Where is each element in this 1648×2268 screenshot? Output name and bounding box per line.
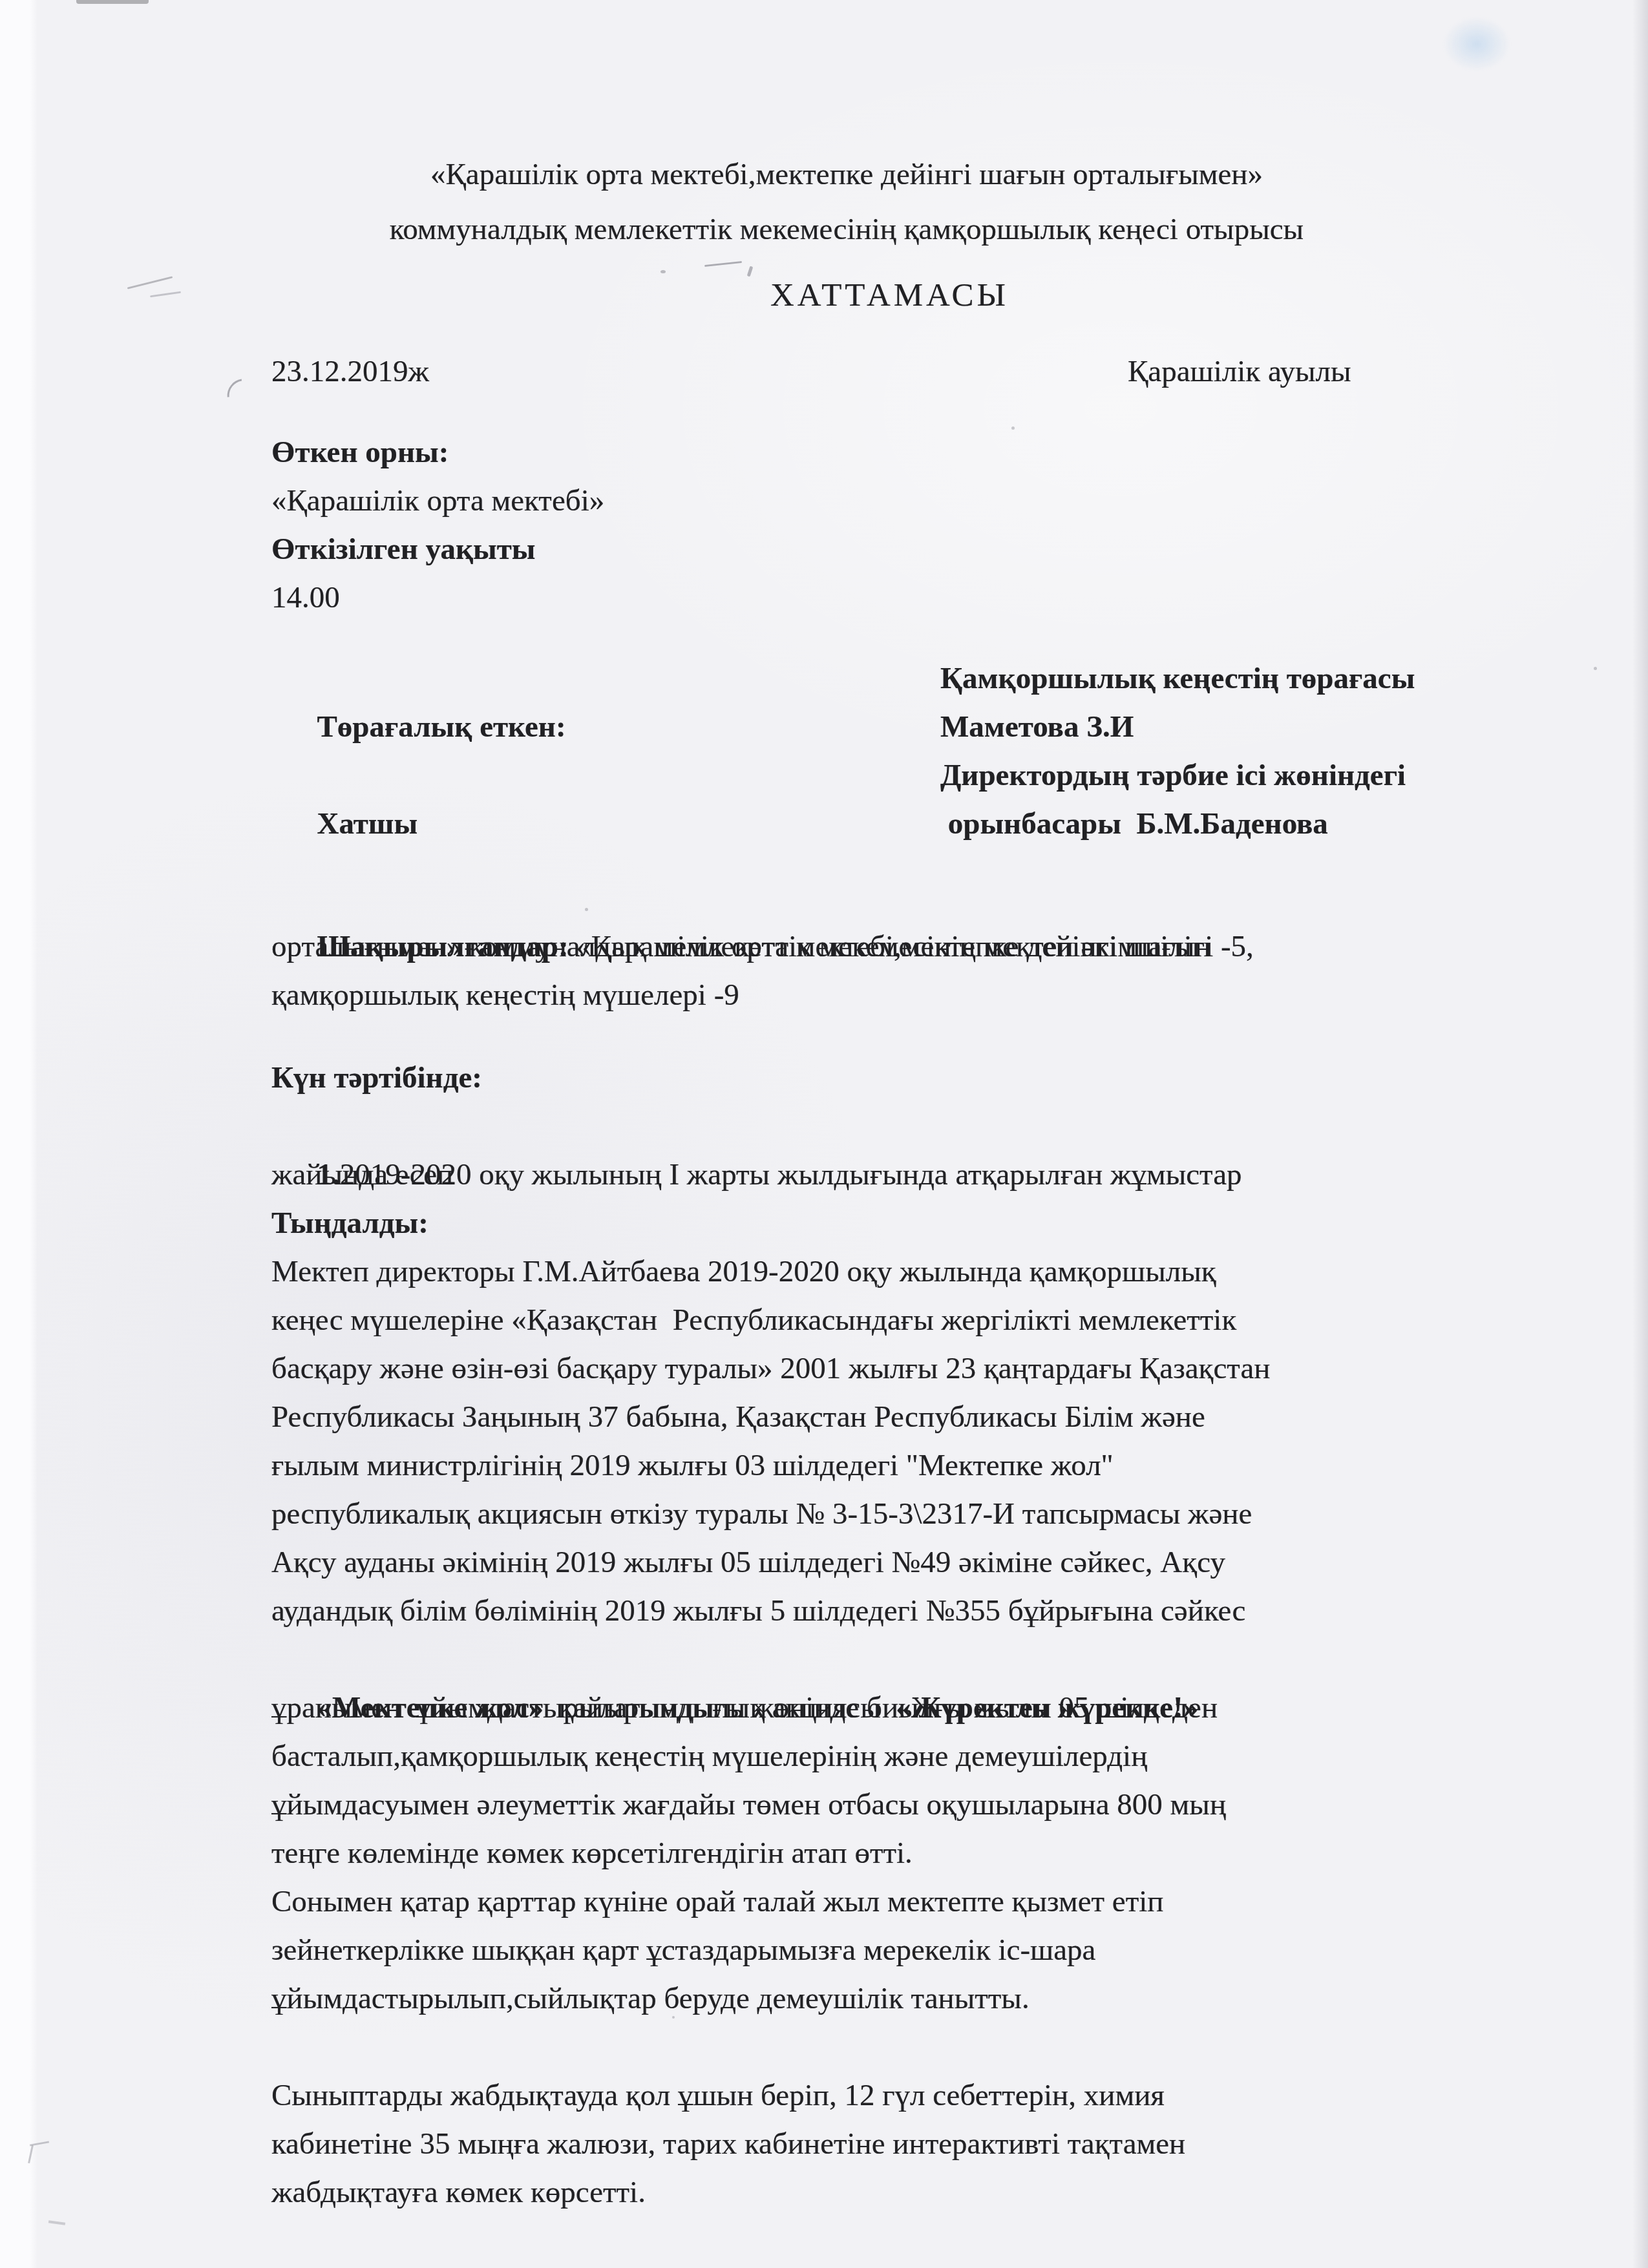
invited-first-line: Шақырылғандар: «Қарашілік орта мектебі,м… bbox=[271, 874, 1254, 923]
invited-section: Шақырылғандар: «Қарашілік орта мектебі,м… bbox=[271, 874, 1254, 1020]
text-line: орталығымен» коммуналдық мемлекеттік мек… bbox=[271, 923, 1254, 971]
scan-speck bbox=[1011, 426, 1015, 430]
venue-value: «Қарашілік орта мектебі» bbox=[271, 477, 604, 525]
agenda-item-text: 2019-2020 оқу жылының І жарты жылдығында… bbox=[340, 1158, 1242, 1192]
pencil-smudge bbox=[660, 270, 666, 273]
agenda-item-line1: 1.2019-2020 оқу жылының І жарты жылдығын… bbox=[271, 1102, 1242, 1151]
text-line: қамқоршылық кеңестің мүшелері -9 bbox=[271, 971, 1254, 1020]
text-line: кеңес мүшелеріне «Қазақстан Республикасы… bbox=[271, 1296, 1270, 1345]
scan-right-edge-shadow bbox=[1632, 0, 1648, 2268]
pencil-smudge bbox=[48, 2220, 65, 2225]
agenda-label: Күн тәртібінде: bbox=[271, 1054, 1242, 1102]
text-line: ұйымдасуымен әлеуметтік жағдайы төмен от… bbox=[271, 1781, 1270, 1829]
document-date: 23.12.2019ж bbox=[271, 348, 429, 396]
text-line: Ақсу ауданы әкімінің 2019 жылғы 05 шілде… bbox=[271, 1538, 1270, 1587]
text-line: Сыныптарды жабдықтауда қол ұшын беріп, 1… bbox=[271, 2072, 1185, 2120]
closing-paragraph: Сыныптарды жабдықтауда қол ұшын беріп, 1… bbox=[271, 2072, 1185, 2217]
report-paragraph-1: Мектеп директоры Г.М.Айтбаева 2019-2020 … bbox=[271, 1248, 1270, 1635]
scan-left-edge bbox=[0, 0, 37, 2268]
text-line: ұйымдастырылып,сыйлықтар беруде демеушіл… bbox=[271, 1975, 1270, 2023]
pencil-smudge bbox=[221, 373, 266, 417]
text-line: жабдықтауға көмек көрсетті. bbox=[271, 2168, 1185, 2217]
chair-row: Төрағалық еткен: Қамқоршылық кеңестің тө… bbox=[271, 655, 1435, 703]
text-line: Мектеп директоры Г.М.Айтбаева 2019-2020 … bbox=[271, 1248, 1270, 1296]
chair-name: Маметова З.И bbox=[940, 703, 1134, 751]
document-title: ХАТТАМАСЫ bbox=[770, 271, 1009, 320]
secretary-role-line2: орынбасары Б.М.Баденова bbox=[940, 800, 1328, 848]
officials-section: Төрағалық еткен: Қамқоршылық кеңестің тө… bbox=[271, 655, 1435, 848]
report-paragraph-2: ұранымен ұйымдастырылатындығы жөнінде би… bbox=[271, 1684, 1270, 2023]
meeting-details: Өткен орны: «Қарашілік орта мектебі» Өтк… bbox=[271, 428, 604, 622]
report-body: Мектеп директоры Г.М.Айтбаева 2019-2020 … bbox=[271, 1248, 1270, 2023]
text-line: зейнеткерлікке шыққан қарт ұстаздарымызғ… bbox=[271, 1926, 1270, 1975]
pencil-smudge bbox=[747, 266, 754, 277]
text-line: Сонымен қатар қарттар күніне орай талай … bbox=[271, 1878, 1270, 1926]
secretary-role-line1: Директордың тәрбие ісі жөніндегі bbox=[940, 751, 1406, 800]
pencil-smudge bbox=[704, 261, 742, 267]
secretary-row: Хатшы Директордың тәрбие ісі жөніндегі bbox=[271, 751, 1435, 800]
chair-name-row: Маметова З.И bbox=[271, 703, 1435, 751]
text-line: ғылым министрлігінің 2019 жылғы 03 шілде… bbox=[271, 1442, 1270, 1490]
pencil-smudge bbox=[150, 291, 181, 298]
document-header: «Қарашілік орта мектебі,мектепке дейінгі… bbox=[278, 147, 1415, 257]
scan-speck bbox=[1594, 667, 1597, 670]
agenda-section: Күн тәртібінде: 1.2019-2020 оқу жылының … bbox=[271, 1054, 1242, 1248]
secretary-role-row2: орынбасары Б.М.Баденова bbox=[271, 800, 1435, 848]
chair-role: Қамқоршылық кеңестің төрағасы bbox=[940, 655, 1415, 703]
text-line: республикалық акциясын өткізу туралы № 3… bbox=[271, 1490, 1270, 1538]
pencil-smudge bbox=[127, 276, 173, 289]
blue-ink-smudge bbox=[1443, 17, 1510, 71]
text-line: аудандық білім бөлімінің 2019 жылғы 5 ші… bbox=[271, 1587, 1270, 1635]
text-line: теңге көлемінде көмек көрсетілгендігін а… bbox=[271, 1829, 1270, 1878]
highlight-line: «Мектепке жол» қайырымдылық акциясы «Жүр… bbox=[271, 1635, 1270, 1684]
text-line: Республикасы Заңының 37 бабына, Қазақста… bbox=[271, 1393, 1270, 1442]
text-line: басқару және өзін-өзі басқару туралы» 20… bbox=[271, 1345, 1270, 1393]
scan-top-edge-artifact bbox=[76, 0, 149, 4]
document-place: Қарашілік ауылы bbox=[1128, 348, 1351, 396]
time-label: Өткізілген уақыты bbox=[271, 525, 604, 574]
header-line-1: «Қарашілік орта мектебі,мектепке дейінгі… bbox=[278, 147, 1415, 202]
heard-label: Тыңдалды: bbox=[271, 1199, 1242, 1248]
time-value: 14.00 bbox=[271, 574, 604, 622]
text-line: ұранымен ұйымдастырылатындығы жөнінде би… bbox=[271, 1684, 1270, 1732]
header-line-2: коммуналдық мемлекеттік мекемесінің қамқ… bbox=[278, 202, 1415, 257]
text-line: кабинетіне 35 мыңға жалюзи, тарих кабине… bbox=[271, 2120, 1185, 2168]
text-line: басталып,қамқоршылық кеңестің мүшелеріні… bbox=[271, 1732, 1270, 1781]
scanned-protocol-page: «Қарашілік орта мектебі,мектепке дейінгі… bbox=[0, 0, 1648, 2268]
venue-label: Өткен орны: bbox=[271, 428, 604, 477]
invited-lines: орталығымен» коммуналдық мемлекеттік мек… bbox=[271, 923, 1254, 1020]
